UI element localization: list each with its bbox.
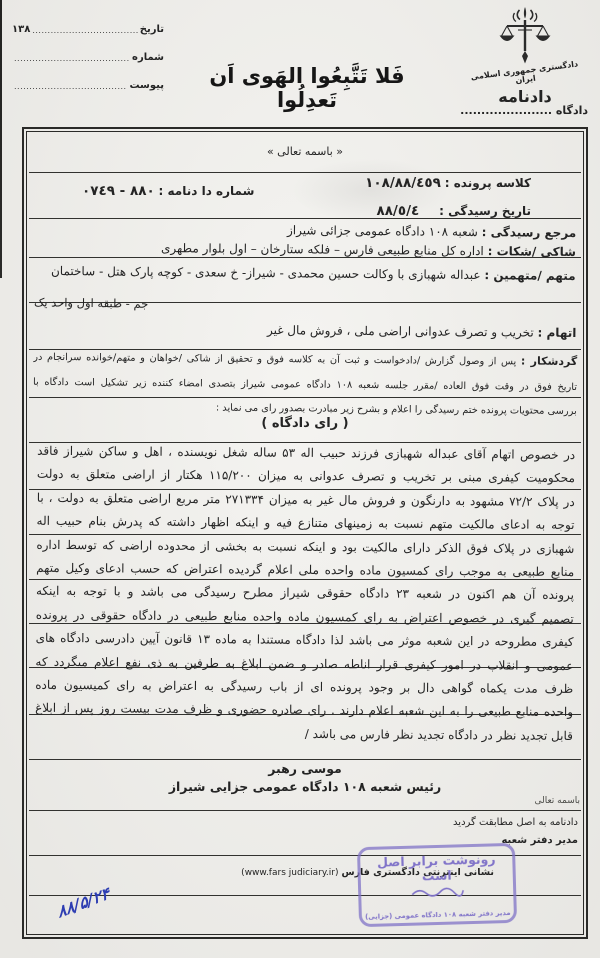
verdict-form-frame: « باسمه تعالی » کلاسه پرونده : ۱۰۸/۸۸/٤٥… bbox=[22, 127, 588, 939]
attachment-label: پیوست bbox=[129, 80, 164, 91]
attachment-dotted-leader: ........................................… bbox=[14, 82, 127, 91]
charge-value: تخریب و تصرف عدوانی اراضی ملی ، فروش مال… bbox=[267, 323, 534, 340]
procedure-text-1: پس از وصول گزارش /دادخواست و ثبت آن به ک… bbox=[33, 352, 516, 368]
procedure-line: تاریخ فوق در وقت فوق العاده /مقرر جلسه ش… bbox=[33, 370, 577, 400]
scanned-court-verdict-page: دادگستری جمهوری اسلامی ایران دادنامه داد… bbox=[0, 0, 600, 958]
court-ruling-heading: ( رای دادگاه ) bbox=[24, 416, 586, 431]
plaintiff-label: شاکی /شکات : bbox=[488, 244, 576, 259]
judge-title: رئیس شعبه ۱۰۸ دادگاه عمومی جزایی شیراز bbox=[24, 779, 586, 794]
authority-value: شعبه ۱۰۸ دادگاه عمومی جزائی شیراز bbox=[287, 223, 478, 239]
website-url: (www.fars judiciary.ir) bbox=[241, 868, 338, 878]
form-rule bbox=[29, 759, 581, 760]
ruling-line: کیفری مطروحه در این شعبه موثر می باشد لذ… bbox=[36, 627, 574, 655]
header-meta-fields: تاریخ ..................................… bbox=[12, 24, 164, 108]
verdict-number-label: شماره دا دنامه : bbox=[159, 184, 255, 198]
authority-field: مرجع رسیدگی : شعبه ۱۰۸ دادگاه عمومی جزائ… bbox=[287, 223, 576, 240]
procedure-label: گردشکار : bbox=[521, 354, 577, 368]
scan-smudge bbox=[290, 158, 450, 222]
number-field-row: شماره ..................................… bbox=[12, 52, 164, 63]
certified-copy-note: دادنامه به اصل مطابقت گردید bbox=[453, 817, 578, 828]
court-ruling-body: در خصوص اتهام آقای عبداله شهبازی فرزند ح… bbox=[35, 440, 575, 748]
ruling-line: واحده منابع طبیعی را به این شعبه اعلام د… bbox=[35, 697, 573, 725]
attachment-field-row: پیوست ..................................… bbox=[12, 80, 164, 91]
quran-verse-calligraphy: فَلا تَتَّبِعُوا الهَوی اَن تَعدِلُوا bbox=[192, 64, 422, 112]
hearing-date-label: تاریخ رسیدگی : bbox=[439, 204, 531, 218]
verdict-number-field: شماره دا دنامه : ۸۸۰ - ۰۷٤۹ bbox=[82, 183, 254, 199]
besmele-small-note: باسمه تعالی bbox=[534, 796, 580, 806]
besmele-heading: « باسمه تعالی » bbox=[24, 145, 586, 158]
date-field-row: تاریخ ..................................… bbox=[12, 24, 164, 35]
charge-field: اتهام : تخریب و تصرف عدوانی اراضی ملی ، … bbox=[267, 323, 577, 340]
date-year-prefix: ۱۳۸ bbox=[12, 24, 30, 35]
number-label: شماره bbox=[132, 52, 164, 63]
case-number-label: کلاسه پرونده : bbox=[445, 176, 531, 190]
stamp-title: رونوشت برابر اصل است bbox=[360, 851, 513, 885]
date-label: تاریخ bbox=[140, 24, 164, 35]
court-name-field: دادگاه ...................... bbox=[460, 104, 588, 117]
defendant-label: متهم /متهمین : bbox=[485, 268, 576, 283]
defendant-field-line2: جم - طبقه اول واحد یک bbox=[34, 295, 148, 311]
judiciary-logo-block: دادگستری جمهوری اسلامی ایران دادنامه bbox=[466, 6, 584, 106]
ruling-line: قابل تجدید نظر در دادگاه تجدید نظر فارس … bbox=[35, 720, 573, 748]
form-rule bbox=[29, 810, 581, 811]
date-dotted-leader: ........................................… bbox=[32, 26, 137, 35]
number-dotted-leader: ........................................… bbox=[14, 54, 130, 63]
stamp-office-line: مدیر دفتر شعبه ۱۰۸ دادگاه عمومی (جزایی) bbox=[362, 909, 514, 921]
procedure-section: گردشکار : پس از وصول گزارش /دادخواست و ث… bbox=[33, 345, 578, 425]
charge-label: اتهام : bbox=[537, 326, 576, 340]
certification-stamp: رونوشت برابر اصل است مدیر دفتر شعبه ۱۰۸ … bbox=[357, 843, 517, 927]
clerk-title: مدیر دفتر شعبه bbox=[501, 835, 578, 846]
authority-label: مرجع رسیدگی : bbox=[481, 225, 576, 240]
scan-edge-artifact bbox=[0, 0, 2, 278]
verdict-number-value: ۸۸۰ - ۰۷٤۹ bbox=[82, 183, 155, 199]
stamp-signature-scribble-icon bbox=[409, 882, 466, 903]
judge-name: موسی رهبر bbox=[24, 761, 586, 776]
